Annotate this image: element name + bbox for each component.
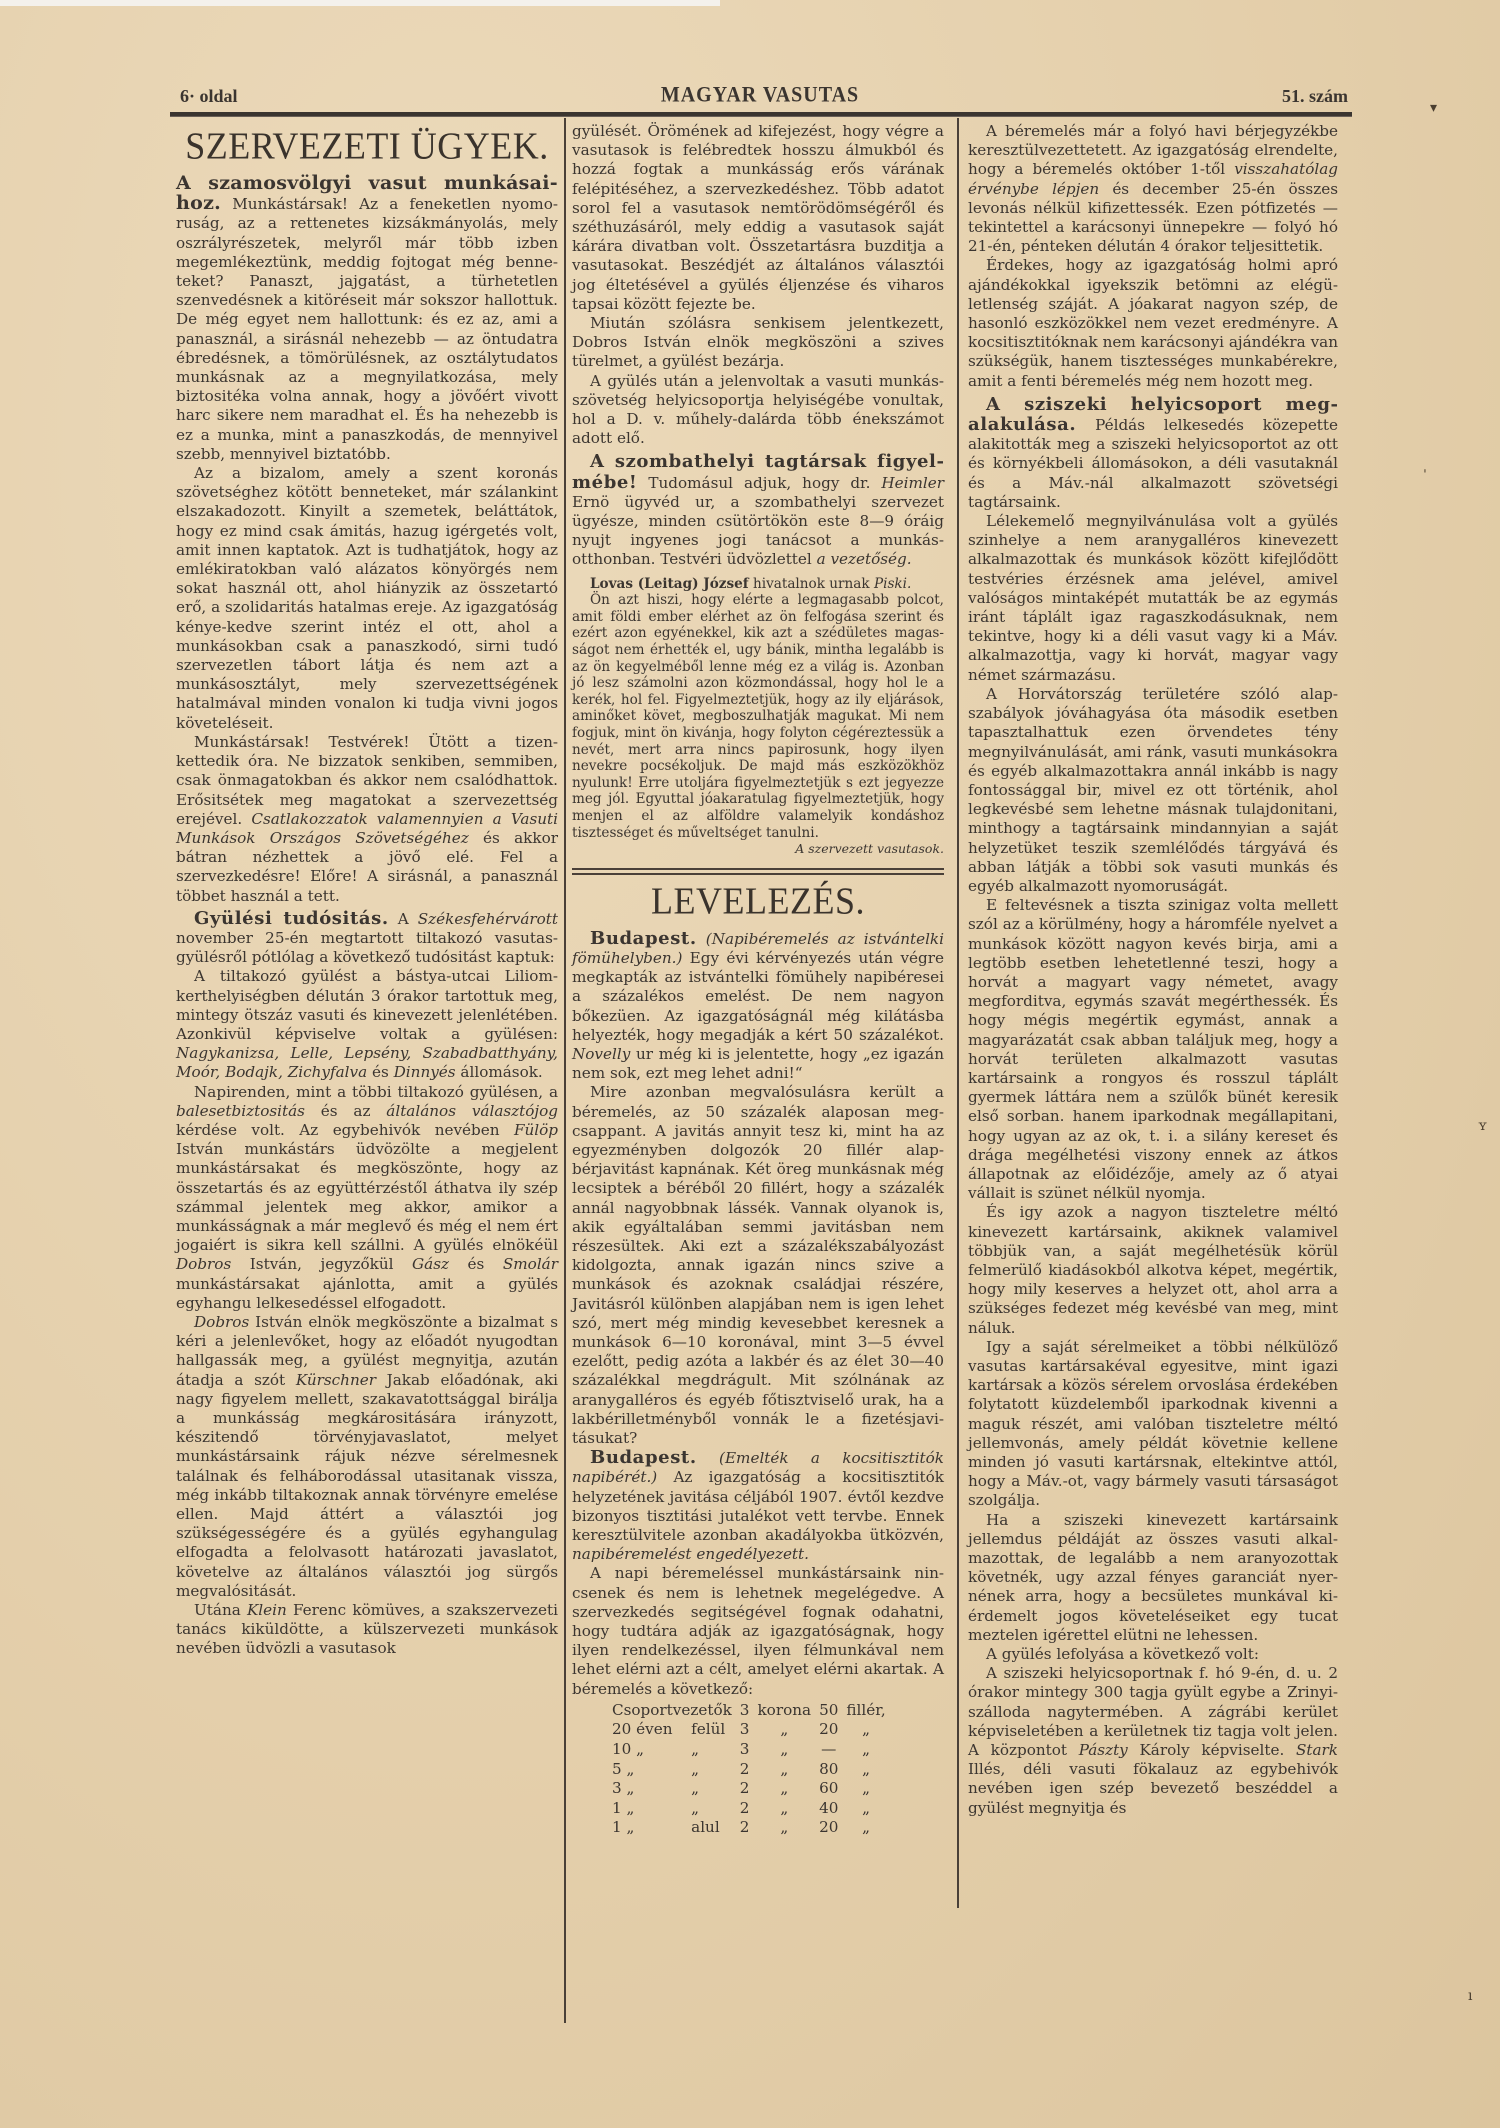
header-rule	[170, 112, 1352, 117]
wage-cell-filler: 20	[819, 1720, 846, 1740]
paragraph: Az a bizalom, amely a szent koronás szöv…	[176, 464, 558, 733]
wage-cell-k-unit: korona	[757, 1701, 819, 1721]
section-title-szervezeti-ugyek: SZERVEZETI ÜGYEK.	[176, 123, 558, 169]
open-letter-address: Lovas (Leitag) József hivatalnok urnak P…	[572, 576, 944, 593]
wage-cell-group: 3 „	[612, 1779, 691, 1799]
wage-cell-korona: 2	[740, 1779, 758, 1799]
wage-cell-f-unit: fillér,	[846, 1701, 893, 1721]
wage-cell-korona: 2	[740, 1799, 758, 1819]
wage-cell-korona: 2	[740, 1818, 758, 1838]
article-lead: Gyülési tudósitás.	[194, 908, 389, 929]
scan-speck: ˈ	[1423, 468, 1427, 484]
article-szamosvolgyi: A szamosvölgyi vasut munkásai-hoz. Munká…	[176, 174, 558, 464]
open-letter: Lovas (Leitag) József hivatalnok urnak P…	[572, 576, 944, 858]
wage-cell-f-unit: „	[846, 1799, 893, 1819]
wage-cell-f-unit: „	[846, 1760, 893, 1780]
wage-cell-cond: „	[691, 1779, 740, 1799]
wage-table-row: 1 „alul2„20„	[612, 1818, 894, 1838]
scan-speck: ▾	[1430, 100, 1437, 116]
section-divider	[572, 868, 944, 875]
scan-edge-strip	[0, 0, 720, 6]
wage-cell-f-unit: „	[846, 1720, 893, 1740]
paragraph: Érdekes, hogy az igazgatóság holmi apró …	[968, 256, 1338, 390]
paragraph: Igy a saját sérelmeiket a többi nélkülöz…	[968, 1338, 1338, 1511]
paragraph: Munkástársak! Testvérek! Ütött a tizen­k…	[176, 733, 558, 906]
wage-table: Csoportvezetők3korona50fillér,20 évenfel…	[612, 1701, 894, 1838]
article-gyulesi-tudositas: Gyülési tudósitás. A Székesfehér­várott …	[176, 909, 558, 968]
scan-speck: ı	[1468, 1988, 1472, 2004]
paragraph: gyülését. Örömének ad kifejezést, hogy v…	[572, 122, 944, 314]
wage-cell-filler: 20	[819, 1818, 846, 1838]
scan-speck: ʏ	[1478, 1118, 1487, 1134]
open-letter-body: Ön azt hiszi, hogy elérte a legmagasabb …	[572, 592, 944, 841]
wage-cell-korona: 2	[740, 1760, 758, 1780]
wage-cell-f-unit: „	[846, 1818, 893, 1838]
wage-cell-k-unit: „	[757, 1720, 819, 1740]
wage-cell-cond: felül	[691, 1720, 740, 1740]
paragraph: Napirenden, mint a többi tiltakozó gyülé…	[176, 1083, 558, 1313]
wage-cell-cond: alul	[691, 1818, 740, 1838]
wage-cell-filler: 60	[819, 1779, 846, 1799]
wage-cell-k-unit: „	[757, 1799, 819, 1819]
wage-cell-f-unit: „	[846, 1779, 893, 1799]
paragraph: A tiltakozó gyülést a bástya-utcai Lilio…	[176, 967, 558, 1082]
column-left: SZERVEZETI ÜGYEK. A szamosvölgyi vasut m…	[176, 122, 558, 1659]
paragraph: A Horvátország területére szóló alap­sza…	[968, 685, 1338, 896]
wage-cell-k-unit: „	[757, 1818, 819, 1838]
paragraph: Lélekemelő megnyilvánulása volt a gyü­lé…	[968, 512, 1338, 685]
paragraph: A gyülés lefolyása a következő volt:	[968, 1645, 1338, 1664]
wage-cell-k-unit: „	[757, 1760, 819, 1780]
wage-cell-cond: „	[691, 1740, 740, 1760]
wage-cell-filler: —	[819, 1740, 846, 1760]
letter-place: Budapest.	[590, 928, 697, 949]
paragraph: E feltevésnek a tiszta szinigaz volta me…	[968, 896, 1338, 1203]
article-sziszeki: A sziszeki helyicsoport meg­alakulása. P…	[968, 395, 1338, 512]
open-letter-signature: A szervezett vasutasok.	[572, 841, 944, 858]
wage-cell-k-unit: „	[757, 1740, 819, 1760]
wage-cell-filler: 80	[819, 1760, 846, 1780]
paragraph: A béremelés már a folyó havi bérjegy­zék…	[968, 122, 1338, 256]
wage-cell-group: 10 „	[612, 1740, 691, 1760]
wage-cell-cond: „	[691, 1799, 740, 1819]
wage-cell-korona: 3	[740, 1701, 758, 1721]
paragraph: Dobros István elnök megköszönte a bi­zal…	[176, 1313, 558, 1601]
wage-cell-f-unit: „	[846, 1740, 893, 1760]
wage-cell-filler: 40	[819, 1799, 846, 1819]
notice-szombathelyi: A szombathelyi tagtársak figyel­mébe! Tu…	[572, 452, 944, 569]
paragraph: És igy azok a nagyon tiszteletre méltó k…	[968, 1203, 1338, 1337]
paragraph: Ha a sziszeki kinevezett kartársaink jel…	[968, 1511, 1338, 1645]
letter-budapest-1: Budapest. (Napibéremelés az istván­telki…	[572, 929, 944, 1084]
column-divider	[957, 118, 959, 1908]
wage-table-row: Csoportvezetők3korona50fillér,	[612, 1701, 894, 1721]
wage-cell-group: 20 éven	[612, 1720, 691, 1740]
wage-table-row: 3 „„2„60„	[612, 1779, 894, 1799]
wage-table-row: 1 „„2„40„	[612, 1799, 894, 1819]
masthead-title: MAGYAR VASUTAS	[160, 83, 1360, 108]
paragraph: Utána Klein Ferenc kömüves, a szak­szerv…	[176, 1601, 558, 1659]
column-divider	[564, 118, 566, 2023]
letter-budapest-2: Budapest. (Emelték a kocsitisztitók napi…	[572, 1448, 944, 1564]
paragraph: A napi béremeléssel munkástársaink nin­c…	[572, 1564, 944, 1698]
wage-table-row: 20 évenfelül3„20„	[612, 1720, 894, 1740]
wage-cell-korona: 3	[740, 1720, 758, 1740]
paragraph: Miután szólásra senkisem jelentkezett, D…	[572, 314, 944, 372]
wage-cell-cond: „	[691, 1760, 740, 1780]
paragraph: Mire azonban megvalósulásra került a bér…	[572, 1083, 944, 1448]
letter-place: Budapest.	[590, 1447, 697, 1468]
wage-cell-group: 1 „	[612, 1799, 691, 1819]
wage-cell-group: Csoportvezetők	[612, 1701, 740, 1721]
paragraph: A sziszeki helyicsoportnak f. hó 9-én, d…	[968, 1664, 1338, 1818]
wage-cell-filler: 50	[819, 1701, 846, 1721]
wage-cell-group: 1 „	[612, 1818, 691, 1838]
column-right: A béremelés már a folyó havi bérjegy­zék…	[968, 122, 1338, 1818]
issue-number: 51. szám	[1282, 86, 1348, 107]
wage-cell-group: 5 „	[612, 1760, 691, 1780]
wage-table-row: 5 „„2„80„	[612, 1760, 894, 1780]
running-header: 6· oldal MAGYAR VASUTAS 51. szám	[160, 82, 1360, 112]
open-letter-recipient: Lovas (Leitag) József	[590, 576, 749, 592]
wage-cell-korona: 3	[740, 1740, 758, 1760]
wage-cell-k-unit: „	[757, 1779, 819, 1799]
newspaper-page: 6· oldal MAGYAR VASUTAS 51. szám SZERVEZ…	[160, 82, 1360, 117]
column-middle: gyülését. Örömének ad kifejezést, hogy v…	[572, 122, 944, 1838]
section-title-levelezes: LEVELEZÉS.	[572, 878, 944, 924]
wage-table-row: 10 „„3„—„	[612, 1740, 894, 1760]
paragraph: A gyülés után a jelenvoltak a vasuti mun…	[572, 372, 944, 449]
